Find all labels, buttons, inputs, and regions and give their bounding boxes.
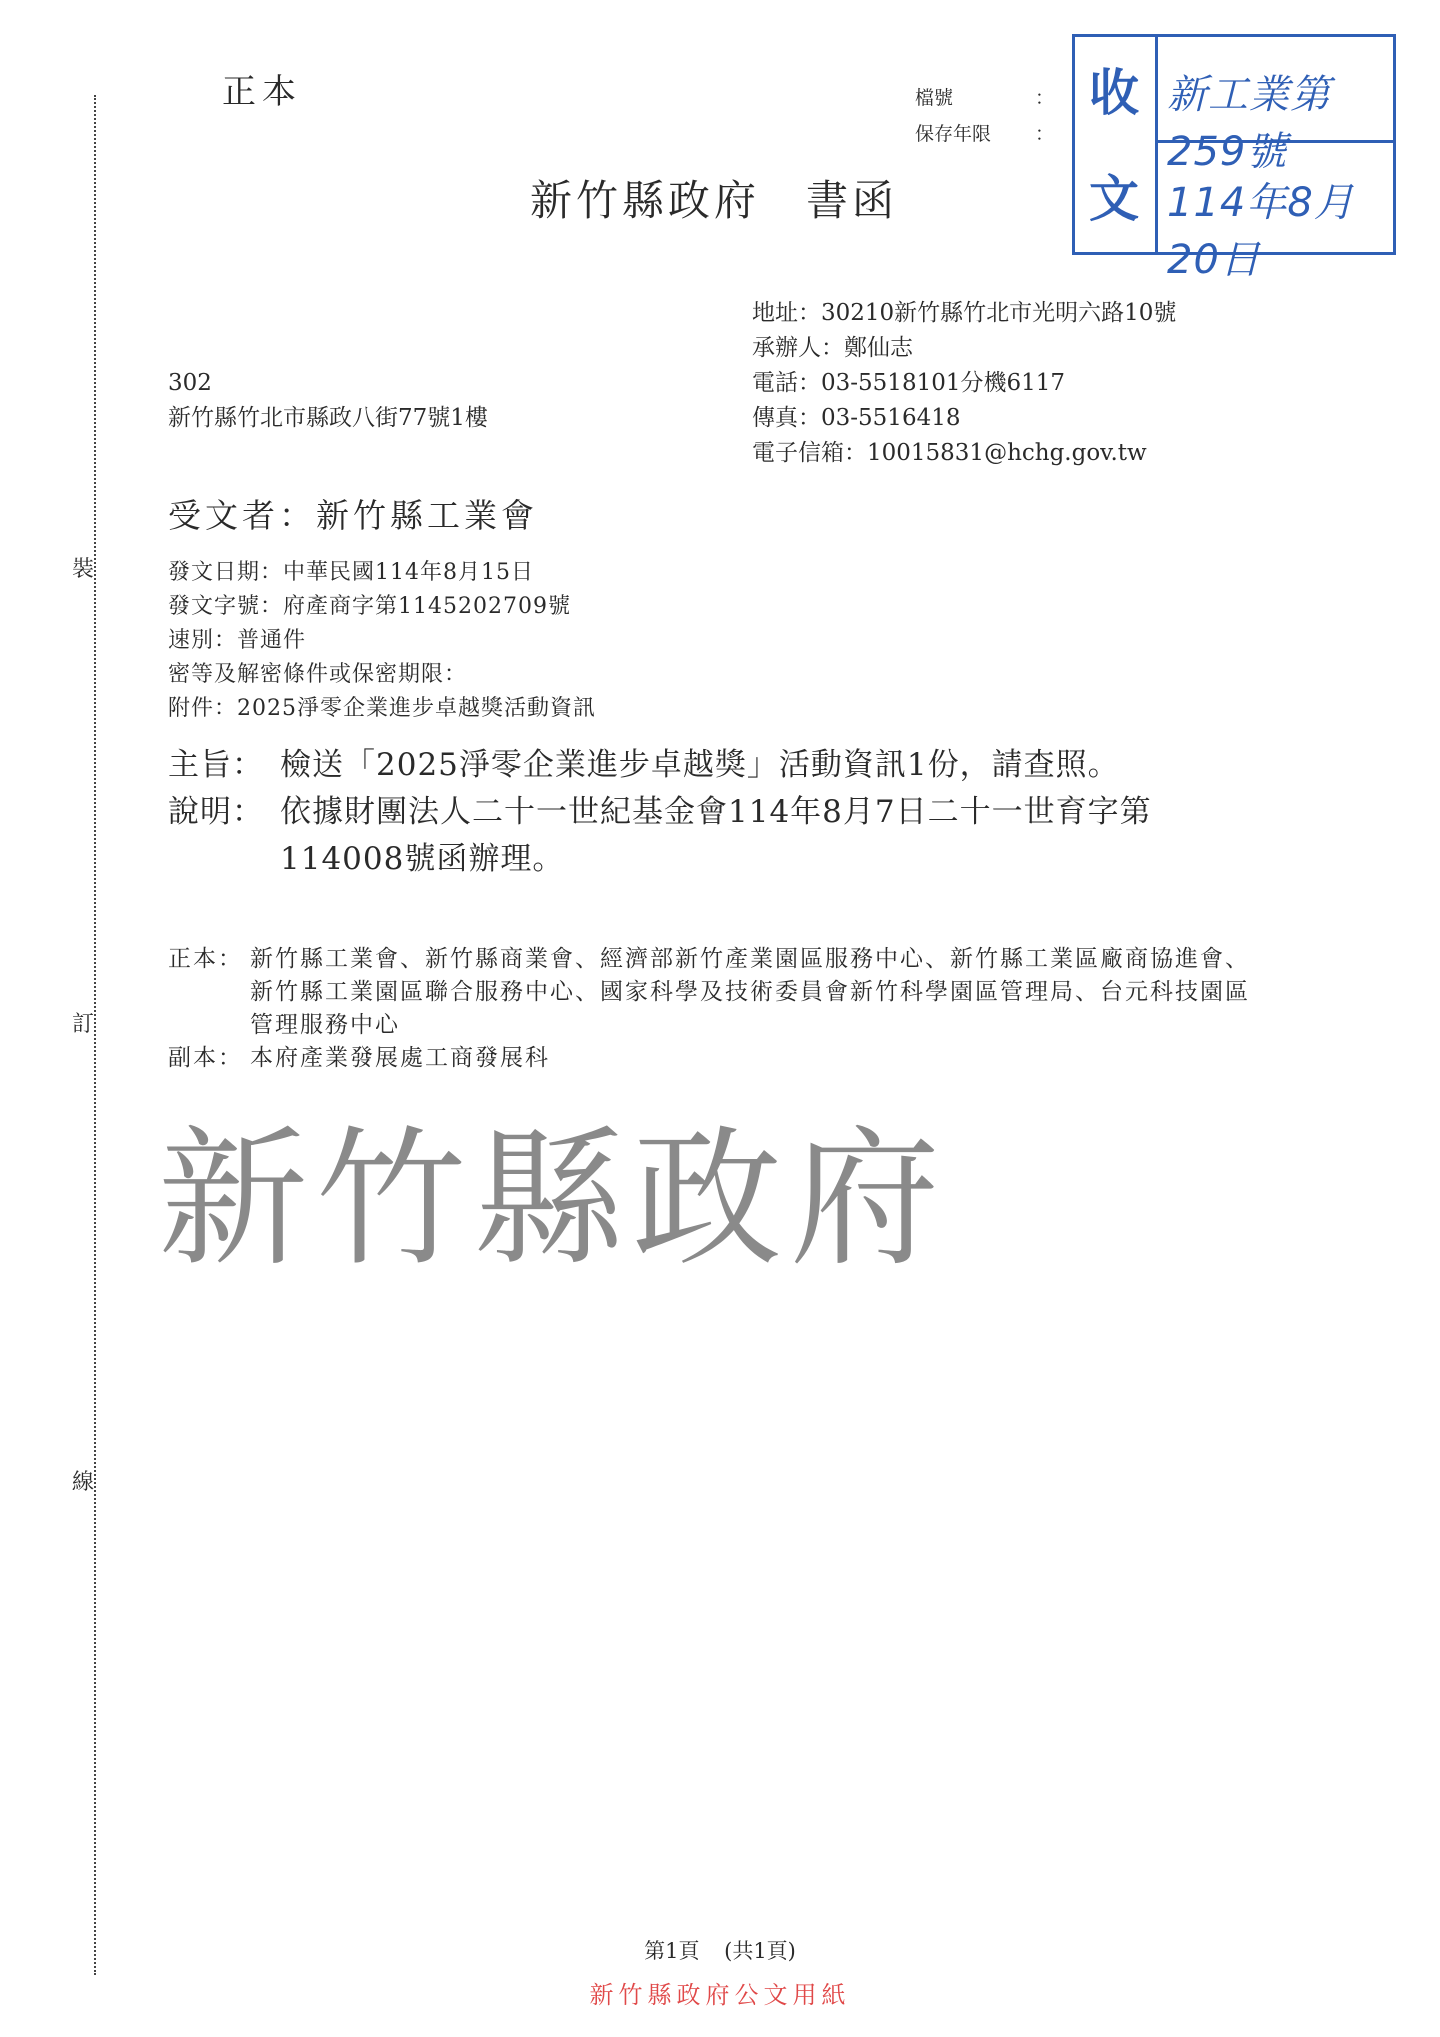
attachment: 附件：2025淨零企業進步卓越獎活動資訊 bbox=[168, 692, 596, 726]
document-title: 新竹縣政府 書函 bbox=[530, 168, 898, 228]
subject-text: 檢送「2025淨零企業進步卓越獎」活動資訊1份，請查照。 bbox=[280, 742, 1240, 789]
copy-recipients-label: 副本： bbox=[168, 1042, 250, 1075]
file-number-field: 檔號： bbox=[915, 80, 1054, 116]
copy-type-label: 正本 bbox=[222, 64, 302, 113]
government-seal-text: 新竹縣政府 bbox=[158, 1118, 948, 1283]
distribution-block: 正本： 新竹縣工業會、新竹縣商業會、經濟部新竹產業園區服務中心、新竹縣工業區廠商… bbox=[168, 943, 1250, 1075]
explanation-row: 說明： 依據財團法人二十一世紀基金會114年8月7日二十一世育字第114008號… bbox=[168, 789, 1240, 883]
recipient-postal-code: 302 bbox=[168, 366, 488, 401]
original-recipients-text: 新竹縣工業會、新竹縣商業會、經濟部新竹產業園區服務中心、新竹縣工業區廠商協進會、… bbox=[250, 943, 1250, 1042]
stamp-receipt-number: 新工業第259號 bbox=[1167, 63, 1393, 177]
file-fields: 檔號： 保存年限： bbox=[915, 80, 1054, 152]
document-meta-block: 發文日期：中華民國114年8月15日 發文字號：府產商字第1145202709號… bbox=[168, 556, 596, 726]
recipient-address: 新竹縣竹北市縣政八街77號1樓 bbox=[168, 401, 488, 436]
copy-recipients-text: 本府產業發展處工商發展科 bbox=[250, 1042, 1250, 1075]
original-recipients-label: 正本： bbox=[168, 943, 250, 1042]
retention-period-label: 保存年限 bbox=[915, 116, 1035, 152]
retention-period-field: 保存年限： bbox=[915, 116, 1054, 152]
sender-phone: 電話：03-5518101分機6117 bbox=[752, 366, 1176, 401]
copy-recipients-row: 副本： 本府產業發展處工商發展科 bbox=[168, 1042, 1250, 1075]
confidentiality: 密等及解密條件或保密期限： bbox=[168, 658, 596, 692]
binding-margin-line bbox=[94, 95, 96, 1975]
binding-char-zhuang: 裝 bbox=[72, 555, 94, 585]
explanation-label: 說明： bbox=[168, 789, 280, 883]
subject-label: 主旨： bbox=[168, 742, 280, 789]
stamp-receipt-date: 114年8月20日 bbox=[1167, 171, 1393, 285]
sender-handler: 承辦人：鄭仙志 bbox=[752, 331, 1176, 366]
subject-row: 主旨： 檢送「2025淨零企業進步卓越獎」活動資訊1份，請查照。 bbox=[168, 742, 1240, 789]
sender-email: 電子信箱：10015831@hchg.gov.tw bbox=[752, 436, 1176, 471]
sender-contact-block: 地址：30210新竹縣竹北市光明六路10號 承辦人：鄭仙志 電話：03-5518… bbox=[752, 296, 1176, 471]
urgency: 速別：普通件 bbox=[168, 624, 596, 658]
binding-char-ding: 訂 bbox=[72, 1010, 94, 1040]
issue-number: 發文字號：府產商字第1145202709號 bbox=[168, 590, 596, 624]
official-paper-label: 新竹縣政府公文用紙 bbox=[0, 1975, 1440, 2010]
binding-char-xian: 線 bbox=[72, 1468, 94, 1498]
explanation-text: 依據財團法人二十一世紀基金會114年8月7日二十一世育字第114008號函辦理。 bbox=[280, 789, 1240, 883]
original-recipients-row: 正本： 新竹縣工業會、新竹縣商業會、經濟部新竹產業園區服務中心、新竹縣工業區廠商… bbox=[168, 943, 1250, 1042]
subject-block: 主旨： 檢送「2025淨零企業進步卓越獎」活動資訊1份，請查照。 說明： 依據財… bbox=[168, 742, 1240, 883]
stamp-label-bottom: 文 bbox=[1089, 159, 1139, 231]
sender-fax: 傳真：03-5516418 bbox=[752, 401, 1176, 436]
receiver-line: 受文者：新竹縣工業會 bbox=[168, 490, 538, 537]
stamp-label-top: 收 bbox=[1089, 53, 1139, 125]
recipient-address-block: 302 新竹縣竹北市縣政八街77號1樓 bbox=[168, 366, 488, 436]
stamp-label-column: 收 文 bbox=[1075, 37, 1158, 252]
issue-date: 發文日期：中華民國114年8月15日 bbox=[168, 556, 596, 590]
sender-address: 地址：30210新竹縣竹北市光明六路10號 bbox=[752, 296, 1176, 331]
file-number-label: 檔號 bbox=[915, 80, 1035, 116]
page-number: 第1頁 (共1頁) bbox=[0, 1935, 1440, 1965]
receipt-stamp: 收 文 新工業第259號 114年8月20日 bbox=[1072, 34, 1396, 255]
